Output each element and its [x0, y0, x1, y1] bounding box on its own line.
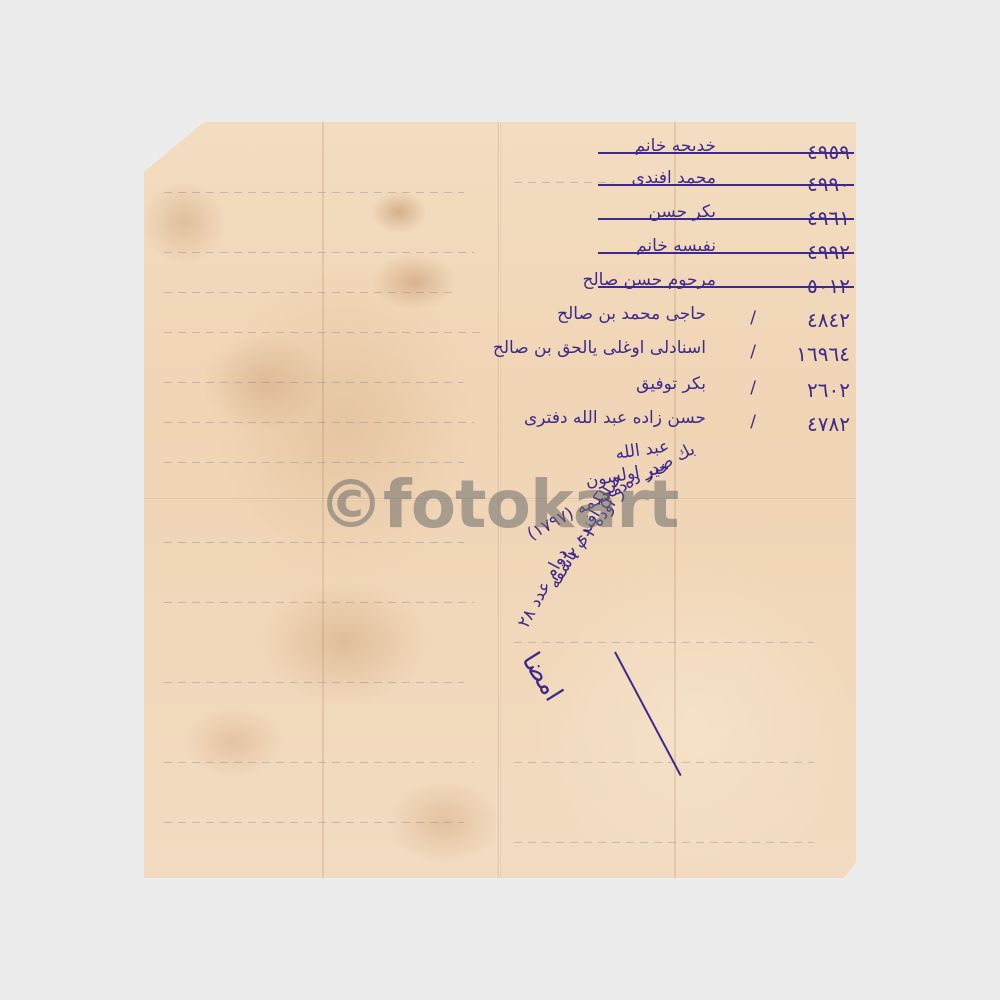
strikethrough-line — [598, 252, 854, 254]
entry-name: بكر توفيق — [636, 374, 706, 394]
strikethrough-line — [598, 184, 854, 186]
entry-number: ٤٧٨٢ — [807, 412, 850, 436]
strikethrough-line — [598, 218, 854, 220]
watermark: ©fotokart — [318, 466, 678, 543]
entry-name: اسنادلى اوغلى يالحق بن صالح — [493, 338, 706, 358]
note-line: دوام عدد ٢٨ — [514, 545, 572, 631]
entry-name: حسن زاده عبد الله دفترى — [524, 408, 706, 428]
corner-mark: ٥ — [152, 132, 160, 148]
entry-name: حاجى محمد بن صالح — [557, 304, 706, 324]
strikethrough-line — [598, 286, 854, 288]
entry-number: ١٦٩٦٤ — [796, 342, 850, 366]
entry-separator: / — [750, 412, 756, 432]
entry-separator: / — [750, 308, 756, 328]
strikethrough-line — [598, 152, 854, 154]
signature-stroke — [614, 652, 681, 777]
entry-number: ٢٦٠٢ — [807, 378, 850, 402]
entry-separator: / — [750, 342, 756, 362]
entry-number: ٤٨٤٢ — [807, 308, 850, 332]
signature: امضا — [515, 647, 568, 707]
entry-separator: / — [750, 378, 756, 398]
